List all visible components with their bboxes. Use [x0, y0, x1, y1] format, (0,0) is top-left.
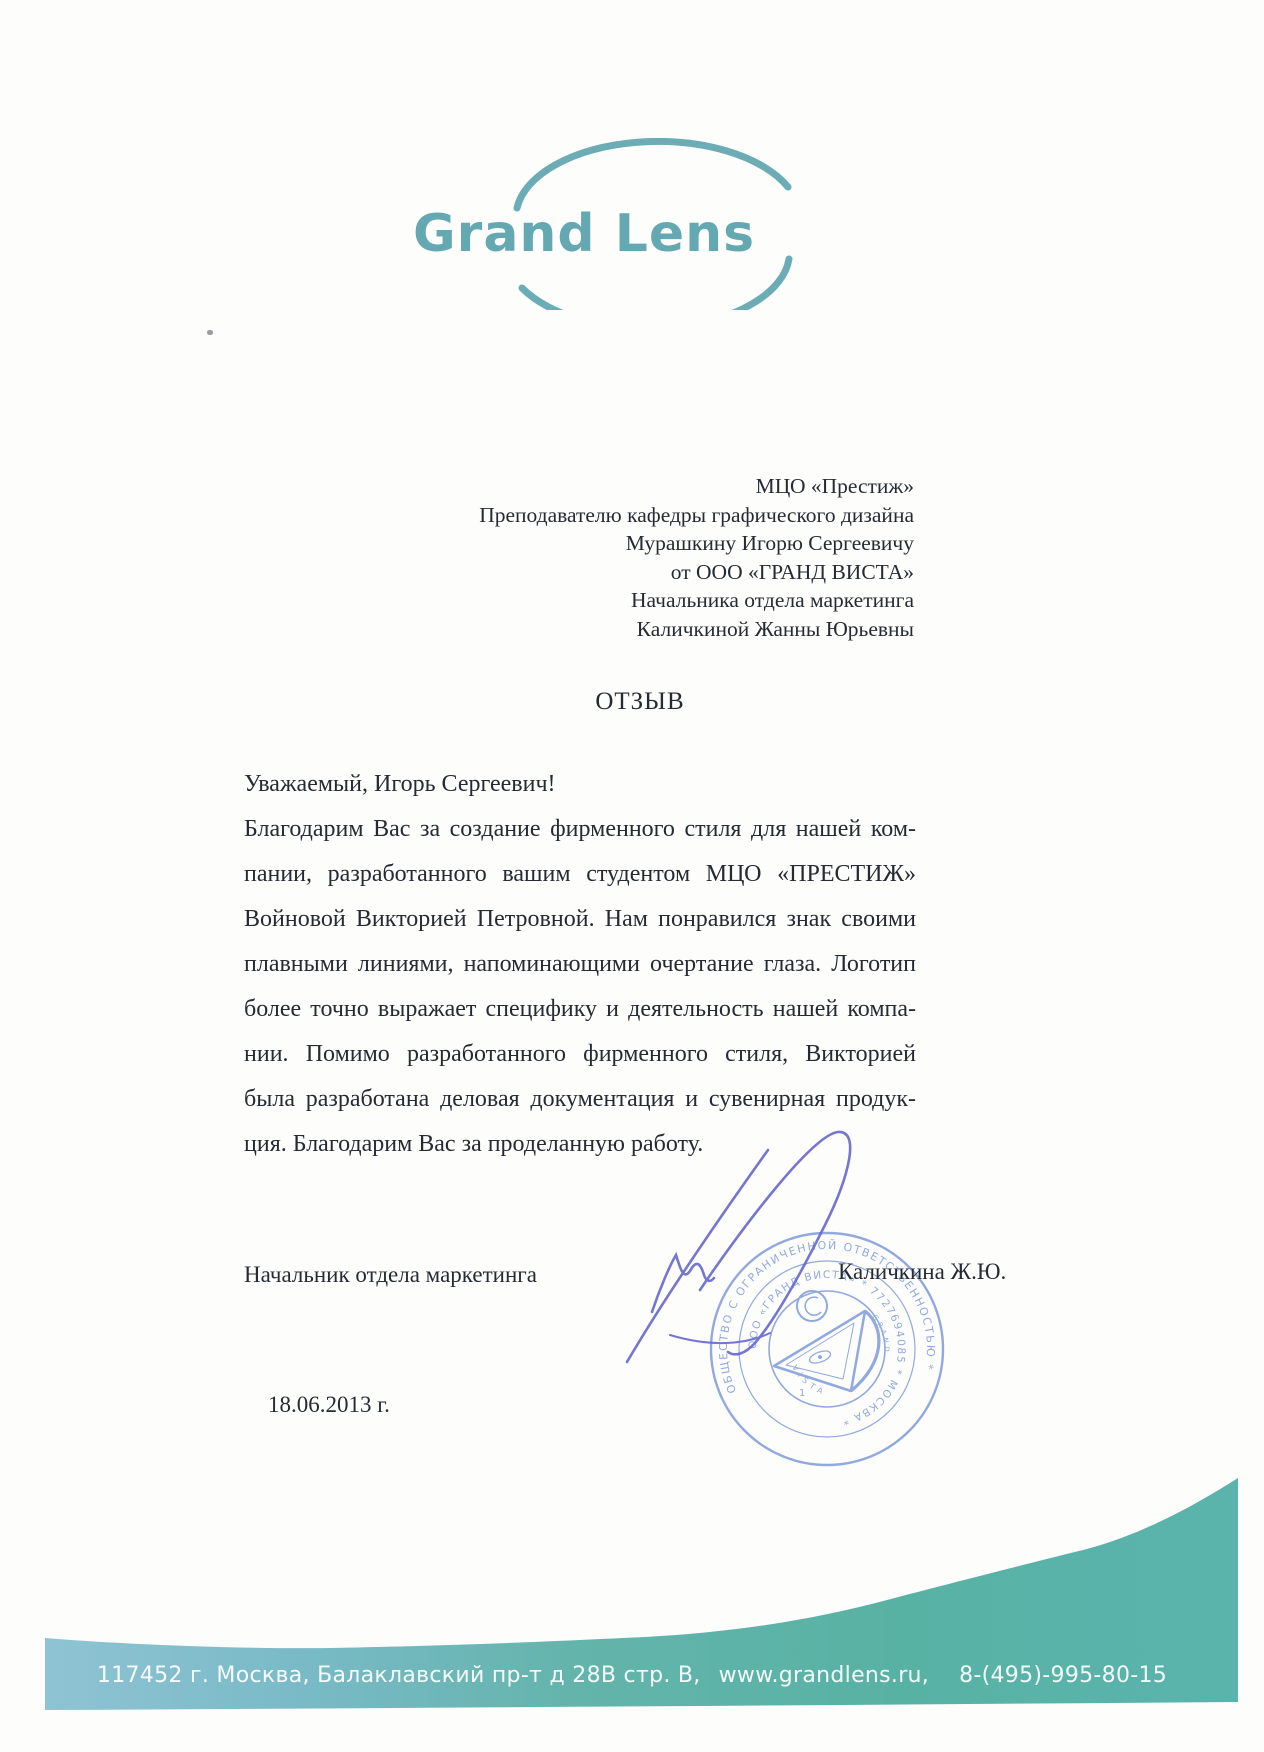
footer-phone: 8-(495)-995-80-15	[959, 1663, 1167, 1688]
body-line: более точно выражает специфику и деятель…	[244, 987, 916, 1032]
body-line: плавными линиями, напоминающими очертани…	[244, 942, 916, 987]
body-line: Благодарим Вас за создание фирменного ст…	[244, 807, 916, 852]
footer-address: 117452 г. Москва, Балаклавский пр-т д 28…	[97, 1663, 701, 1688]
body-line: пании, разработанного вашим студентом МЦ…	[244, 852, 916, 897]
footer-website: www.grandlens.ru,	[719, 1663, 929, 1688]
recipient-line: от ООО «ГРАНД ВИСТА»	[479, 558, 914, 587]
footer-wave	[0, 1460, 1264, 1752]
recipient-line: МЦО «Престиж»	[479, 472, 914, 501]
lens-bottom-arc	[522, 259, 789, 310]
recipient-line: Каличкиной Жанны Юрьевны	[479, 615, 914, 644]
scan-speck	[207, 330, 213, 335]
recipient-line: Начальника отдела маркетинга	[479, 586, 914, 615]
scanned-letter-page: { "logo": { "text": "Grand Lens", "color…	[0, 0, 1264, 1752]
lens-top-arc	[517, 141, 788, 208]
body-line: Войновой Викторией Петровной. Нам понрав…	[244, 897, 916, 942]
footer-contact-line: 117452 г. Москва, Балаклавский пр-т д 28…	[0, 1663, 1264, 1688]
logo-text: Grand Lens	[413, 204, 743, 264]
signature-stroke	[700, 1132, 850, 1354]
signature-stroke	[627, 1150, 768, 1362]
stamp-brand-number: 1	[799, 1388, 805, 1399]
signature-role-label: Начальник отдела маркетинга	[244, 1262, 537, 1288]
letter-date: 18.06.2013 г.	[268, 1392, 390, 1418]
recipient-line: Преподавателю кафедры графического дизай…	[479, 501, 914, 530]
body-line: Уважаемый, Игорь Сергеевич!	[244, 762, 916, 807]
company-logo: Grand Lens	[405, 138, 805, 310]
recipient-block: МЦО «Престиж» Преподавателю кафедры граф…	[479, 472, 914, 644]
body-line: нии. Помимо разработанного фирменного ст…	[244, 1032, 916, 1077]
signatory-name: Каличкина Ж.Ю.	[838, 1259, 1006, 1285]
letter-title: ОТЗЫВ	[440, 688, 840, 716]
handwritten-signature	[570, 1095, 940, 1385]
recipient-line: Мурашкину Игорю Сергеевичу	[479, 529, 914, 558]
